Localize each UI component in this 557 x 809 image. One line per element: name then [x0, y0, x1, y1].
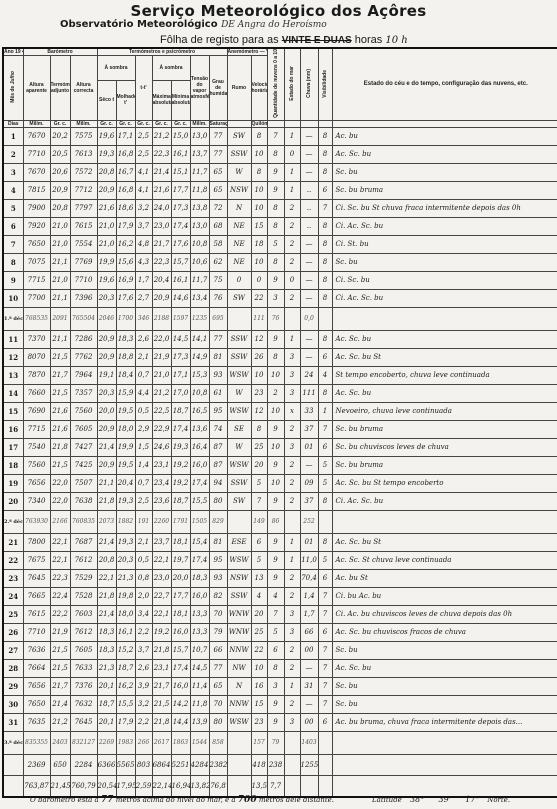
cell: 22,4: [50, 587, 70, 605]
cell: 21,1: [50, 330, 70, 348]
sum-cell: [300, 775, 318, 797]
cell: 13,8: [190, 199, 209, 217]
col-diff: t-t': [135, 56, 152, 121]
table-row: 12807021,5776220,918,82,121,917,314,981S…: [3, 348, 557, 366]
cell: 21,8: [97, 587, 116, 605]
cell: 7687: [70, 533, 97, 551]
sky-observation: Ac. Sc. bu: [332, 330, 557, 348]
decade-label: 3.ª década: [3, 731, 23, 754]
cell: 21,0: [97, 235, 116, 253]
cell: 80: [209, 492, 227, 510]
sum-cell: 20,54: [97, 775, 116, 797]
cell: 2,7: [135, 289, 152, 307]
cell: 20,5: [50, 145, 70, 163]
cell: 16,1: [171, 145, 190, 163]
cell: 17,4: [171, 659, 190, 677]
cell: 15,0: [171, 127, 190, 145]
cell: 22: [251, 641, 267, 659]
sum-cell: 835355: [23, 731, 50, 754]
cell: 10,6: [190, 253, 209, 271]
cell: 19,3: [116, 492, 135, 510]
cell: 77: [209, 127, 227, 145]
cell: 18,4: [116, 366, 135, 384]
cell: 22,9: [152, 420, 171, 438]
cell: 4,3: [135, 253, 152, 271]
sky-observation: Sc. bu: [332, 253, 557, 271]
sky-observation: Ci. Ac. bu chuviscos leves de chuva depo…: [332, 605, 557, 623]
sum-cell: 832127: [70, 731, 97, 754]
cell: 10: [251, 366, 267, 384]
sum-cell: 1597: [171, 307, 190, 330]
cell: 7633: [70, 659, 97, 677]
cell: 3,7: [135, 217, 152, 235]
day-number: 10: [3, 289, 23, 307]
cell: 10: [251, 181, 267, 199]
cell: 2: [284, 587, 300, 605]
sums-row: 2.ª década763930216676083520731882191226…: [3, 510, 557, 533]
cell: 21,0: [50, 217, 70, 235]
sums-row: 3.ª década835355240383212722691983266261…: [3, 731, 557, 754]
cell: 19,2: [171, 474, 190, 492]
cell: 7: [267, 605, 284, 623]
cell: WNW: [227, 623, 251, 641]
cell: 9: [267, 533, 284, 551]
sum-cell: 238: [267, 754, 284, 775]
cell: 16,0: [190, 587, 209, 605]
cell: 3,2: [135, 199, 152, 217]
sum-cell: [318, 754, 332, 775]
cell: WNW: [227, 605, 251, 623]
cell: 20,0: [171, 569, 190, 587]
cell: 16,4: [190, 438, 209, 456]
cell: —: [300, 659, 318, 677]
cell: 17,0: [171, 384, 190, 402]
cell: 7612: [70, 623, 97, 641]
cell: NNW: [227, 641, 251, 659]
cell: 7605: [70, 420, 97, 438]
cell: 20: [251, 456, 267, 474]
sky-observation: Ac. Sc. bu St: [332, 348, 557, 366]
cell: 23,0: [152, 569, 171, 587]
cell: 4,1: [135, 181, 152, 199]
cell: 21,8: [152, 713, 171, 731]
cell: 7: [318, 420, 332, 438]
cell: 8: [318, 533, 332, 551]
day-number: 9: [3, 271, 23, 289]
cell: 20,9: [97, 456, 116, 474]
cell: 8: [251, 127, 267, 145]
sheet-hour: 10 h: [385, 35, 407, 46]
cell: —: [300, 271, 318, 289]
cell: 10: [267, 438, 284, 456]
sum-cell: 760835: [70, 510, 97, 533]
sum-cell: 2188: [152, 307, 171, 330]
sum-cell: [284, 307, 300, 330]
cell: 21,5: [50, 348, 70, 366]
sum-cell: 13,5: [251, 775, 267, 797]
day-number: 31: [3, 713, 23, 731]
cell: 12: [251, 330, 267, 348]
cell: 6: [318, 181, 332, 199]
cell: 7920: [23, 217, 50, 235]
sum-cell: 266: [135, 731, 152, 754]
cell: 18,7: [97, 695, 116, 713]
cell: 9: [267, 420, 284, 438]
cell: 7075: [23, 253, 50, 271]
cell: 5: [267, 235, 284, 253]
cell: 14,2: [171, 695, 190, 713]
cell: 16,7: [116, 163, 135, 181]
cell: 66: [209, 641, 227, 659]
cell: W: [227, 163, 251, 181]
latitude-note: Latitude 38° 39' 17" Norte.: [372, 795, 510, 804]
cell: 7560: [23, 456, 50, 474]
cell: 6: [318, 713, 332, 731]
col-min: Mínima absoluta: [171, 80, 190, 120]
cell: 7357: [70, 384, 97, 402]
day-number: 4: [3, 181, 23, 199]
sky-observation: Ac. Sc. bu chuviscos fracos de chuva: [332, 623, 557, 641]
cell: 17,1: [116, 127, 135, 145]
cell: 14,6: [171, 289, 190, 307]
cell: 8: [318, 127, 332, 145]
shade-group-1: À sombra: [97, 56, 135, 81]
cell: 94: [209, 474, 227, 492]
table-row: 21780022,1768721,419,32,123,718,115,481E…: [3, 533, 557, 551]
day-number: 18: [3, 456, 23, 474]
cell: 9: [267, 492, 284, 510]
sky-observation: Sc. bu: [332, 641, 557, 659]
cell: 15: [251, 217, 267, 235]
cell: 8: [251, 420, 267, 438]
cell: 4,1: [135, 163, 152, 181]
sum-cell: 2073: [97, 510, 116, 533]
sum-cell: 5565: [116, 754, 135, 775]
cell: 13,7: [190, 145, 209, 163]
cell: 65: [209, 163, 227, 181]
cell: 21,3: [97, 659, 116, 677]
cell: 2: [284, 199, 300, 217]
cell: 2,5: [135, 492, 152, 510]
cell: 1,7: [300, 605, 318, 623]
cell: 21,2: [50, 713, 70, 731]
decade-label: [3, 775, 23, 797]
cell: 7427: [70, 438, 97, 456]
cell: 37: [300, 492, 318, 510]
sky-observation: Ci. Sc. bu St chuva fraca intermitente d…: [332, 199, 557, 217]
cell: 7613: [70, 145, 97, 163]
cell: 14,5: [171, 330, 190, 348]
table-row: 2771020,5761319,316,82,522,316,113,777SS…: [3, 145, 557, 163]
cell: 00: [300, 641, 318, 659]
cell: 7660: [23, 384, 50, 402]
sum-cell: [227, 775, 251, 797]
cell: 7605: [70, 641, 97, 659]
cell: 93: [209, 569, 227, 587]
means-row: 763,8721,45760,7920,5417,952,5922,1416,9…: [3, 775, 557, 797]
col-visibility: Visibilidade: [318, 48, 332, 120]
cell: 7769: [70, 253, 97, 271]
cell: 2: [284, 217, 300, 235]
cell: 76: [209, 289, 227, 307]
cell: SSW: [227, 145, 251, 163]
cell: 2: [284, 474, 300, 492]
cell: 9: [267, 456, 284, 474]
cell: 15,5: [116, 695, 135, 713]
cell: 0: [227, 271, 251, 289]
cell: 10: [267, 366, 284, 384]
cell: 20,3: [116, 551, 135, 569]
cell: 0,8: [135, 569, 152, 587]
cell: 2: [284, 235, 300, 253]
cell: 7286: [70, 330, 97, 348]
cell: ..: [300, 199, 318, 217]
cell: —: [300, 330, 318, 348]
cell: 8: [267, 659, 284, 677]
sum-cell: [227, 754, 251, 775]
cell: 8070: [23, 348, 50, 366]
cell: 23,4: [152, 474, 171, 492]
cell: 09: [300, 474, 318, 492]
cell: 24,6: [152, 438, 171, 456]
cell: 7645: [70, 713, 97, 731]
cell: 9: [267, 569, 284, 587]
cell: NW: [227, 659, 251, 677]
cell: 17,9: [116, 713, 135, 731]
cell: NE: [227, 235, 251, 253]
cell: 13,6: [190, 420, 209, 438]
cell: 16,0: [171, 623, 190, 641]
cell: WSW: [227, 366, 251, 384]
cell: 21,5: [50, 659, 70, 677]
barometer-height: 77: [101, 795, 114, 805]
cell: 7615: [70, 217, 97, 235]
cell: 9: [267, 695, 284, 713]
sum-cell: 2403: [50, 731, 70, 754]
sum-cell: 2269: [97, 731, 116, 754]
observatory-label: Observatório Meteorológico: [60, 19, 218, 30]
cell: 13,0: [190, 127, 209, 145]
sky-observation: Ac. Sc. St chuva leve continuada: [332, 551, 557, 569]
sum-cell: 157: [251, 731, 267, 754]
cell: 19,3: [116, 533, 135, 551]
cell: 1: [284, 551, 300, 569]
sky-observation: Sc. bu bruma: [332, 420, 557, 438]
sum-cell: 6864: [152, 754, 171, 775]
cell: 16,2: [116, 677, 135, 695]
day-number: 25: [3, 605, 23, 623]
cell: 21,4: [97, 533, 116, 551]
cell: 0,5: [135, 551, 152, 569]
cell: 9: [267, 163, 284, 181]
cell: —: [300, 235, 318, 253]
cell: 1,5: [135, 438, 152, 456]
day-number: 12: [3, 348, 23, 366]
cell: SSW: [227, 587, 251, 605]
cell: 21,3: [116, 569, 135, 587]
col-pressure-corrected: Altura correcta: [70, 56, 97, 121]
cell: 22,0: [50, 474, 70, 492]
sum-cell: 829: [209, 510, 227, 533]
cell: WSW: [227, 713, 251, 731]
cell: 74: [209, 420, 227, 438]
cell: 19,8: [116, 587, 135, 605]
cell: 77: [209, 659, 227, 677]
cell: 3: [284, 366, 300, 384]
cell: NE: [227, 253, 251, 271]
cell: 7: [318, 641, 332, 659]
sum-cell: 2382: [209, 754, 227, 775]
cell: ..: [300, 181, 318, 199]
sum-cell: 5251: [171, 754, 190, 775]
cell: 21,8: [152, 641, 171, 659]
sheet-suffix: horas: [355, 34, 383, 46]
cell: 00: [300, 713, 318, 731]
cell: 5: [251, 474, 267, 492]
cell: 21,9: [152, 348, 171, 366]
cell: 8: [318, 271, 332, 289]
cell: 24,0: [152, 199, 171, 217]
cell: 8: [318, 253, 332, 271]
cell: 3: [284, 348, 300, 366]
cell: 61: [209, 384, 227, 402]
sum-cell: 763,87: [23, 775, 50, 797]
cell: 17,4: [190, 551, 209, 569]
table-row: 31763521,2764520,117,92,221,814,413,980W…: [3, 713, 557, 731]
cell: 2: [284, 253, 300, 271]
blank: [332, 754, 557, 775]
sum-cell: [284, 754, 300, 775]
day-number: 13: [3, 366, 23, 384]
day-number: 11: [3, 330, 23, 348]
cell: 8: [318, 330, 332, 348]
cell: 19,7: [171, 551, 190, 569]
barometer-mid: metros acima do nível do mar, e a: [116, 796, 236, 804]
sum-cell: [318, 307, 332, 330]
cell: 7: [318, 659, 332, 677]
barometer-note: O barómetro está a 77 metros acima do ní…: [30, 795, 334, 805]
cell: 16,8: [116, 181, 135, 199]
observatory-location: DE Angra do Heroísmo: [221, 20, 327, 30]
cell: 18,7: [171, 402, 190, 420]
cell: 7632: [70, 695, 97, 713]
cell: 15,1: [171, 163, 190, 181]
day-number: 6: [3, 217, 23, 235]
cell: 13,9: [190, 713, 209, 731]
sky-observation: Ci. Ac. Sc. bu: [332, 217, 557, 235]
cell: 14,9: [190, 348, 209, 366]
sky-observation: Ci. Ac. Sc. bu: [332, 289, 557, 307]
cell: 20,8: [50, 199, 70, 217]
cell: 1: [284, 533, 300, 551]
cell: 19,9: [97, 253, 116, 271]
cell: 70,4: [300, 569, 318, 587]
sum-cell: 765504: [70, 307, 97, 330]
cell: 18,3: [97, 623, 116, 641]
sum-cell: 111: [251, 307, 267, 330]
cell: NNW: [227, 695, 251, 713]
cell: 17,7: [171, 181, 190, 199]
cell: 22,3: [50, 569, 70, 587]
cell: 0: [284, 145, 300, 163]
cell: 8: [318, 145, 332, 163]
cell: 16,8: [116, 145, 135, 163]
sky-observation: Ac. Sc. bu St: [332, 533, 557, 551]
table-row: 19765622,0750721,120,40,723,419,217,494S…: [3, 474, 557, 492]
table-row: 15769021,6756020,019,50,522,518,716,595W…: [3, 402, 557, 420]
sum-cell: 1255: [300, 754, 318, 775]
cell: 8: [318, 217, 332, 235]
cell: 7396: [70, 289, 97, 307]
decade-label: 1.ª década: [3, 307, 23, 330]
sum-cell: [284, 731, 300, 754]
cell: W: [227, 438, 251, 456]
cell: 81: [209, 348, 227, 366]
day-number: 1: [3, 127, 23, 145]
cell: —: [300, 163, 318, 181]
cell: 21,0: [50, 271, 70, 289]
day-number: 23: [3, 569, 23, 587]
cell: 15,7: [171, 253, 190, 271]
cell: 10: [251, 199, 267, 217]
sum-cell: 2284: [70, 754, 97, 775]
sum-cell: 1882: [116, 510, 135, 533]
cell: 23,6: [152, 492, 171, 510]
cell: 11,0: [300, 551, 318, 569]
cell: SW: [227, 492, 251, 510]
cell: 82: [209, 587, 227, 605]
sky-observation: Ac. bu bruma, chuva fraca intermitente d…: [332, 713, 557, 731]
sum-cell: 768535: [23, 307, 50, 330]
table-row: 11737021,1728620,918,32,622,014,514,177S…: [3, 330, 557, 348]
sum-cell: 2369: [23, 754, 50, 775]
cell: 7715: [23, 271, 50, 289]
cell: 21,5: [50, 641, 70, 659]
cell: —: [300, 289, 318, 307]
cell: 15,9: [116, 384, 135, 402]
cell: 6: [318, 569, 332, 587]
cell: 11,8: [190, 695, 209, 713]
cell: 3,9: [135, 677, 152, 695]
cell: 65: [209, 181, 227, 199]
cell: 10: [267, 402, 284, 420]
col-humidity: Grau de humidade: [209, 56, 227, 121]
sum-cell: 252: [300, 510, 318, 533]
day-number: 2: [3, 145, 23, 163]
cell: 21,9: [50, 623, 70, 641]
cell: 15,4: [190, 533, 209, 551]
day-number: 24: [3, 587, 23, 605]
latitude-seconds: 17": [465, 795, 479, 804]
cell: 19,2: [171, 456, 190, 474]
cell: 17,4: [171, 217, 190, 235]
cell: 18,8: [116, 348, 135, 366]
sky-observation: Ac. Sc. bu: [332, 145, 557, 163]
unit: Milím.: [23, 120, 50, 127]
sheet-struck-hour: VINTE E DUAS: [282, 35, 352, 46]
cell: 22,2: [50, 605, 70, 623]
sum-cell: 760,79: [70, 775, 97, 797]
cell: 11,8: [190, 181, 209, 199]
cell: N: [227, 199, 251, 217]
cell: —: [300, 348, 318, 366]
cell: 22,3: [152, 145, 171, 163]
cell: 22,7: [152, 587, 171, 605]
cell: 14,5: [190, 659, 209, 677]
sky-observation: Sc. bu: [332, 163, 557, 181]
observatory-line: Observatório Meteorológico DE Angra do H…: [60, 19, 327, 30]
sum-cell: 22,14: [152, 775, 171, 797]
